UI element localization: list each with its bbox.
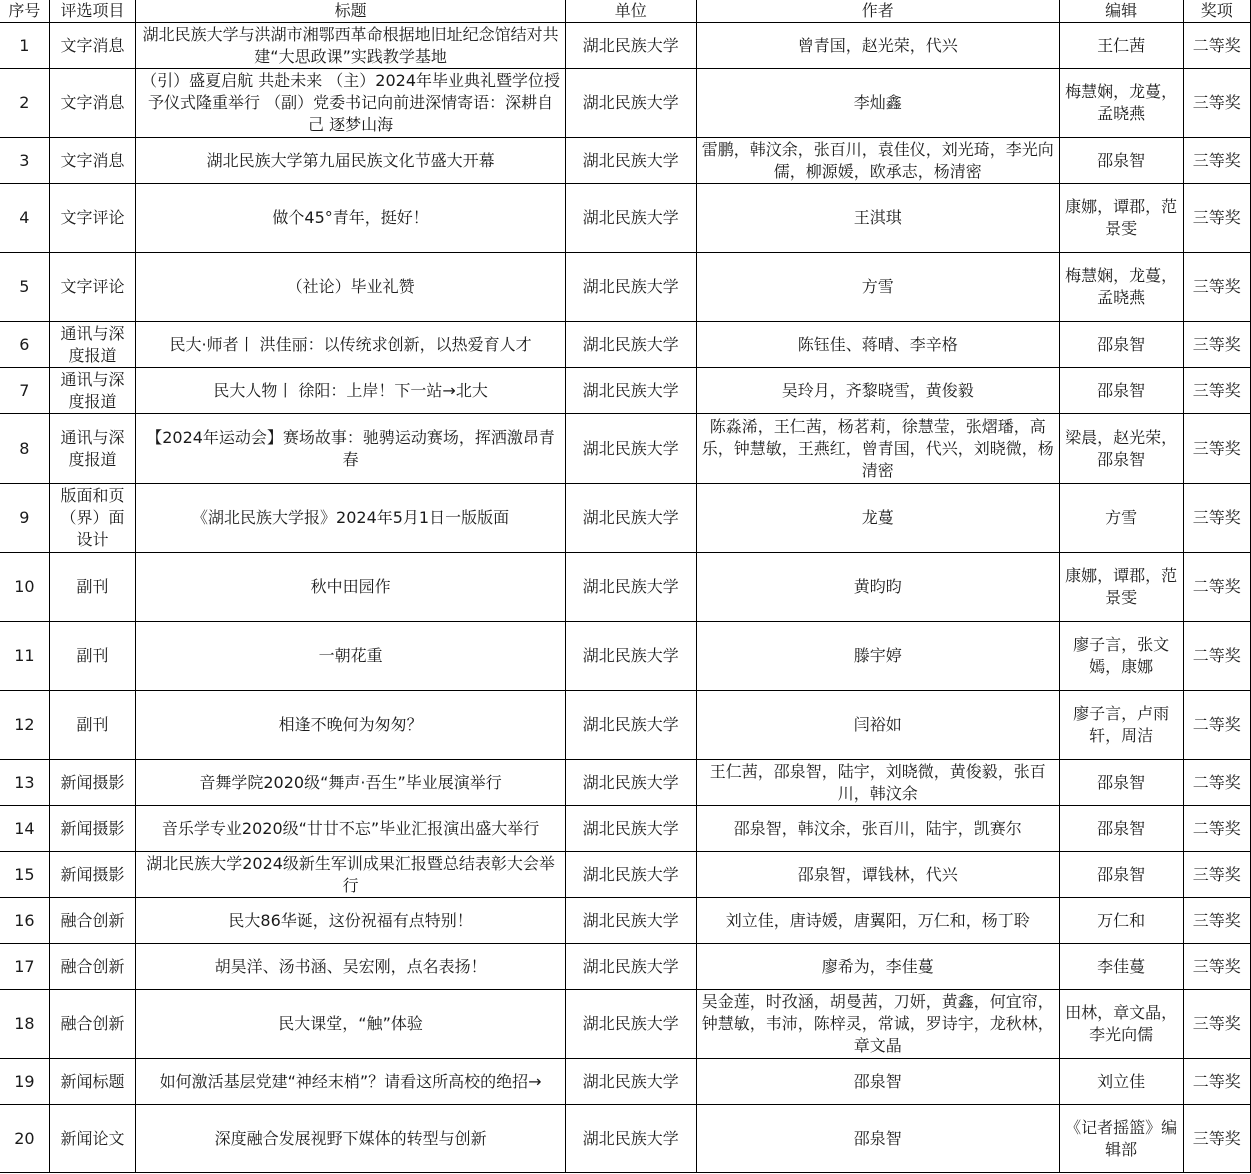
cell-unit: 湖北民族大学 <box>565 414 696 484</box>
cell-award: 三等奖 <box>1183 944 1250 990</box>
cell-editors: 梁晨，赵光荣，邵泉智 <box>1059 414 1183 484</box>
cell-title: 民大·师者丨 洪佳丽：以传统求创新，以热爱育人才 <box>136 322 566 368</box>
cell-authors: 吴玲月，齐黎晓雪，黄俊毅 <box>696 368 1059 414</box>
cell-number: 16 <box>0 898 49 944</box>
awards-table: 序号 评选项目 标题 单位 作者 编辑 奖项 1 文字消息 湖北民族大学与洪湖市… <box>0 0 1251 1173</box>
cell-award: 三等奖 <box>1183 484 1250 553</box>
cell-editors: 田林，章文晶，李光向儒 <box>1059 990 1183 1059</box>
table-row: 2 文字消息 （引）盛夏启航 共赴未来 （主）2024年毕业典礼暨学位授予仪式隆… <box>0 69 1251 138</box>
cell-authors: 邵泉智 <box>696 1105 1059 1173</box>
cell-editors: 万仁和 <box>1059 898 1183 944</box>
cell-editors: 李佳蔓 <box>1059 944 1183 990</box>
cell-category: 文字消息 <box>49 23 136 69</box>
cell-authors: 龙蔓 <box>696 484 1059 553</box>
cell-number: 1 <box>0 23 49 69</box>
cell-award: 二等奖 <box>1183 622 1250 691</box>
cell-unit: 湖北民族大学 <box>565 553 696 622</box>
cell-authors: 邵泉智，韩汶余，张百川，陆宇，凯赛尔 <box>696 806 1059 852</box>
cell-editors: 邵泉智 <box>1059 322 1183 368</box>
cell-number: 20 <box>0 1105 49 1173</box>
table-row: 12 副刊 相逢不晚何为匆匆？ 湖北民族大学 闫裕如 廖子言，卢雨轩，周洁 二等… <box>0 691 1251 760</box>
cell-award: 二等奖 <box>1183 1059 1250 1105</box>
cell-number: 9 <box>0 484 49 553</box>
cell-editors: 邵泉智 <box>1059 852 1183 898</box>
cell-number: 3 <box>0 138 49 184</box>
cell-number: 14 <box>0 806 49 852</box>
cell-category: 融合创新 <box>49 990 136 1059</box>
cell-editors: 刘立佳 <box>1059 1059 1183 1105</box>
cell-authors: 王淇琪 <box>696 184 1059 253</box>
cell-editors: 康娜，谭郡，范景雯 <box>1059 184 1183 253</box>
cell-authors: 李灿鑫 <box>696 69 1059 138</box>
cell-title: 做个45°青年，挺好！ <box>136 184 566 253</box>
table-row: 18 融合创新 民大课堂，“触”体验 湖北民族大学 吴金莲，时孜涵，胡曼茜，刀妍… <box>0 990 1251 1059</box>
cell-category: 文字消息 <box>49 138 136 184</box>
table-row: 5 文字评论 （社论）毕业礼赞 湖北民族大学 方雪 梅慧娴，龙蔓，孟晓燕 三等奖 <box>0 253 1251 322</box>
cell-unit: 湖北民族大学 <box>565 69 696 138</box>
cell-title: 【2024年运动会】赛场故事：驰骋运动赛场，挥洒激昂青春 <box>136 414 566 484</box>
header-row: 序号 评选项目 标题 单位 作者 编辑 奖项 <box>0 0 1251 23</box>
cell-award: 三等奖 <box>1183 990 1250 1059</box>
cell-title: （引）盛夏启航 共赴未来 （主）2024年毕业典礼暨学位授予仪式隆重举行 （副）… <box>136 69 566 138</box>
cell-category: 通讯与深度报道 <box>49 368 136 414</box>
cell-authors: 吴金莲，时孜涵，胡曼茜，刀妍，黄鑫，何宜帘，钟慧敏，韦沛，陈梓灵，常诚，罗诗宇，… <box>696 990 1059 1059</box>
cell-authors: 陈钰佳、蒋晴、李辛格 <box>696 322 1059 368</box>
table-row: 9 版面和页（界）面设计 《湖北民族大学报》2024年5月1日一版版面 湖北民族… <box>0 484 1251 553</box>
header-title: 标题 <box>136 0 566 23</box>
cell-category: 融合创新 <box>49 944 136 990</box>
cell-award: 二等奖 <box>1183 806 1250 852</box>
cell-award: 二等奖 <box>1183 691 1250 760</box>
cell-award: 三等奖 <box>1183 368 1250 414</box>
cell-number: 6 <box>0 322 49 368</box>
cell-category: 副刊 <box>49 691 136 760</box>
cell-authors: 邵泉智 <box>696 1059 1059 1105</box>
cell-award: 三等奖 <box>1183 414 1250 484</box>
cell-title: 湖北民族大学第九届民族文化节盛大开幕 <box>136 138 566 184</box>
cell-unit: 湖北民族大学 <box>565 23 696 69</box>
cell-award: 三等奖 <box>1183 253 1250 322</box>
cell-category: 通讯与深度报道 <box>49 414 136 484</box>
cell-authors: 曾青国，赵光荣，代兴 <box>696 23 1059 69</box>
cell-category: 新闻标题 <box>49 1059 136 1105</box>
cell-number: 18 <box>0 990 49 1059</box>
table-row: 7 通讯与深度报道 民大人物丨 徐阳：上岸！下一站→北大 湖北民族大学 吴玲月，… <box>0 368 1251 414</box>
cell-unit: 湖北民族大学 <box>565 184 696 253</box>
cell-award: 三等奖 <box>1183 898 1250 944</box>
cell-unit: 湖北民族大学 <box>565 253 696 322</box>
cell-editors: 廖子言，张文嫣，康娜 <box>1059 622 1183 691</box>
cell-authors: 闫裕如 <box>696 691 1059 760</box>
cell-award: 三等奖 <box>1183 1105 1250 1173</box>
cell-title: 《湖北民族大学报》2024年5月1日一版版面 <box>136 484 566 553</box>
header-editor: 编辑 <box>1059 0 1183 23</box>
cell-award: 三等奖 <box>1183 322 1250 368</box>
table-row: 13 新闻摄影 音舞学院2020级“舞声·吾生”毕业展演举行 湖北民族大学 王仁… <box>0 760 1251 806</box>
cell-number: 19 <box>0 1059 49 1105</box>
cell-award: 二等奖 <box>1183 23 1250 69</box>
cell-category: 文字评论 <box>49 253 136 322</box>
cell-editors: 梅慧娴，龙蔓，孟晓燕 <box>1059 253 1183 322</box>
cell-authors: 刘立佳，唐诗媛，唐翼阳，万仁和，杨丁聆 <box>696 898 1059 944</box>
cell-editors: 方雪 <box>1059 484 1183 553</box>
cell-authors: 陈淼浠，王仁茜，杨茗莉，徐慧莹，张熠璠，高乐，钟慧敏，王燕红，曾青国，代兴，刘晓… <box>696 414 1059 484</box>
cell-title: 深度融合发展视野下媒体的转型与创新 <box>136 1105 566 1173</box>
header-author: 作者 <box>696 0 1059 23</box>
cell-editors: 康娜，谭郡，范景雯 <box>1059 553 1183 622</box>
cell-editors: 邵泉智 <box>1059 138 1183 184</box>
cell-award: 二等奖 <box>1183 553 1250 622</box>
cell-number: 5 <box>0 253 49 322</box>
cell-unit: 湖北民族大学 <box>565 1059 696 1105</box>
cell-unit: 湖北民族大学 <box>565 760 696 806</box>
cell-editors: 《记者摇篮》编辑部 <box>1059 1105 1183 1173</box>
table-row: 8 通讯与深度报道 【2024年运动会】赛场故事：驰骋运动赛场，挥洒激昂青春 湖… <box>0 414 1251 484</box>
table-row: 3 文字消息 湖北民族大学第九届民族文化节盛大开幕 湖北民族大学 雷鹏，韩汶余，… <box>0 138 1251 184</box>
cell-title: （社论）毕业礼赞 <box>136 253 566 322</box>
cell-title: 湖北民族大学与洪湖市湘鄂西革命根据地旧址纪念馆结对共建“大思政课”实践教学基地 <box>136 23 566 69</box>
cell-authors: 王仁茜，邵泉智，陆宇，刘晓微，黄俊毅，张百川，韩汶余 <box>696 760 1059 806</box>
table-row: 16 融合创新 民大86华诞，这份祝福有点特别！ 湖北民族大学 刘立佳，唐诗媛，… <box>0 898 1251 944</box>
header-award: 奖项 <box>1183 0 1250 23</box>
cell-category: 文字消息 <box>49 69 136 138</box>
cell-title: 民大人物丨 徐阳：上岸！下一站→北大 <box>136 368 566 414</box>
cell-title: 如何激活基层党建“神经末梢”？请看这所高校的绝招→ <box>136 1059 566 1105</box>
table-row: 20 新闻论文 深度融合发展视野下媒体的转型与创新 湖北民族大学 邵泉智 《记者… <box>0 1105 1251 1173</box>
cell-unit: 湖北民族大学 <box>565 484 696 553</box>
cell-number: 13 <box>0 760 49 806</box>
cell-award: 二等奖 <box>1183 760 1250 806</box>
cell-category: 新闻论文 <box>49 1105 136 1173</box>
table-row: 19 新闻标题 如何激活基层党建“神经末梢”？请看这所高校的绝招→ 湖北民族大学… <box>0 1059 1251 1105</box>
table-row: 14 新闻摄影 音乐学专业2020级“廿廿不忘”毕业汇报演出盛大举行 湖北民族大… <box>0 806 1251 852</box>
cell-editors: 梅慧娴，龙蔓，孟晓燕 <box>1059 69 1183 138</box>
cell-unit: 湖北民族大学 <box>565 990 696 1059</box>
cell-category: 副刊 <box>49 622 136 691</box>
table-row: 1 文字消息 湖北民族大学与洪湖市湘鄂西革命根据地旧址纪念馆结对共建“大思政课”… <box>0 23 1251 69</box>
cell-title: 秋中田园作 <box>136 553 566 622</box>
cell-award: 三等奖 <box>1183 852 1250 898</box>
cell-unit: 湖北民族大学 <box>565 898 696 944</box>
cell-title: 民大课堂，“触”体验 <box>136 990 566 1059</box>
cell-title: 一朝花重 <box>136 622 566 691</box>
cell-unit: 湖北民族大学 <box>565 622 696 691</box>
cell-editors: 廖子言，卢雨轩，周洁 <box>1059 691 1183 760</box>
cell-unit: 湖北民族大学 <box>565 1105 696 1173</box>
cell-authors: 滕宇婷 <box>696 622 1059 691</box>
cell-number: 17 <box>0 944 49 990</box>
cell-number: 15 <box>0 852 49 898</box>
cell-category: 通讯与深度报道 <box>49 322 136 368</box>
cell-unit: 湖北民族大学 <box>565 852 696 898</box>
cell-authors: 黄昀昀 <box>696 553 1059 622</box>
cell-editors: 邵泉智 <box>1059 368 1183 414</box>
cell-number: 8 <box>0 414 49 484</box>
cell-editors: 王仁茜 <box>1059 23 1183 69</box>
cell-title: 民大86华诞，这份祝福有点特别！ <box>136 898 566 944</box>
cell-authors: 方雪 <box>696 253 1059 322</box>
cell-number: 12 <box>0 691 49 760</box>
cell-title: 胡昊洋、汤书涵、吴宏刚，点名表扬！ <box>136 944 566 990</box>
cell-unit: 湖北民族大学 <box>565 322 696 368</box>
cell-category: 新闻摄影 <box>49 760 136 806</box>
header-category: 评选项目 <box>49 0 136 23</box>
cell-category: 文字评论 <box>49 184 136 253</box>
header-unit: 单位 <box>565 0 696 23</box>
cell-category: 新闻摄影 <box>49 806 136 852</box>
cell-number: 2 <box>0 69 49 138</box>
table-row: 10 副刊 秋中田园作 湖北民族大学 黄昀昀 康娜，谭郡，范景雯 二等奖 <box>0 553 1251 622</box>
cell-category: 副刊 <box>49 553 136 622</box>
cell-award: 三等奖 <box>1183 69 1250 138</box>
cell-category: 版面和页（界）面设计 <box>49 484 136 553</box>
cell-title: 音乐学专业2020级“廿廿不忘”毕业汇报演出盛大举行 <box>136 806 566 852</box>
cell-editors: 邵泉智 <box>1059 760 1183 806</box>
cell-number: 4 <box>0 184 49 253</box>
cell-authors: 廖希为，李佳蔓 <box>696 944 1059 990</box>
cell-title: 音舞学院2020级“舞声·吾生”毕业展演举行 <box>136 760 566 806</box>
cell-category: 新闻摄影 <box>49 852 136 898</box>
cell-editors: 邵泉智 <box>1059 806 1183 852</box>
header-number: 序号 <box>0 0 49 23</box>
cell-unit: 湖北民族大学 <box>565 806 696 852</box>
table-row: 6 通讯与深度报道 民大·师者丨 洪佳丽：以传统求创新，以热爱育人才 湖北民族大… <box>0 322 1251 368</box>
cell-number: 10 <box>0 553 49 622</box>
cell-award: 三等奖 <box>1183 138 1250 184</box>
table-row: 15 新闻摄影 湖北民族大学2024级新生军训成果汇报暨总结表彰大会举行 湖北民… <box>0 852 1251 898</box>
cell-authors: 雷鹏，韩汶余，张百川，袁佳仪，刘光琦，李光向儒，柳源媛，欧承志，杨清密 <box>696 138 1059 184</box>
cell-number: 11 <box>0 622 49 691</box>
table-row: 4 文字评论 做个45°青年，挺好！ 湖北民族大学 王淇琪 康娜，谭郡，范景雯 … <box>0 184 1251 253</box>
cell-award: 三等奖 <box>1183 184 1250 253</box>
cell-category: 融合创新 <box>49 898 136 944</box>
cell-unit: 湖北民族大学 <box>565 138 696 184</box>
cell-unit: 湖北民族大学 <box>565 368 696 414</box>
cell-unit: 湖北民族大学 <box>565 944 696 990</box>
table-row: 11 副刊 一朝花重 湖北民族大学 滕宇婷 廖子言，张文嫣，康娜 二等奖 <box>0 622 1251 691</box>
cell-number: 7 <box>0 368 49 414</box>
cell-title: 相逢不晚何为匆匆？ <box>136 691 566 760</box>
cell-title: 湖北民族大学2024级新生军训成果汇报暨总结表彰大会举行 <box>136 852 566 898</box>
cell-unit: 湖北民族大学 <box>565 691 696 760</box>
table-row: 17 融合创新 胡昊洋、汤书涵、吴宏刚，点名表扬！ 湖北民族大学 廖希为，李佳蔓… <box>0 944 1251 990</box>
cell-authors: 邵泉智，谭钱林，代兴 <box>696 852 1059 898</box>
